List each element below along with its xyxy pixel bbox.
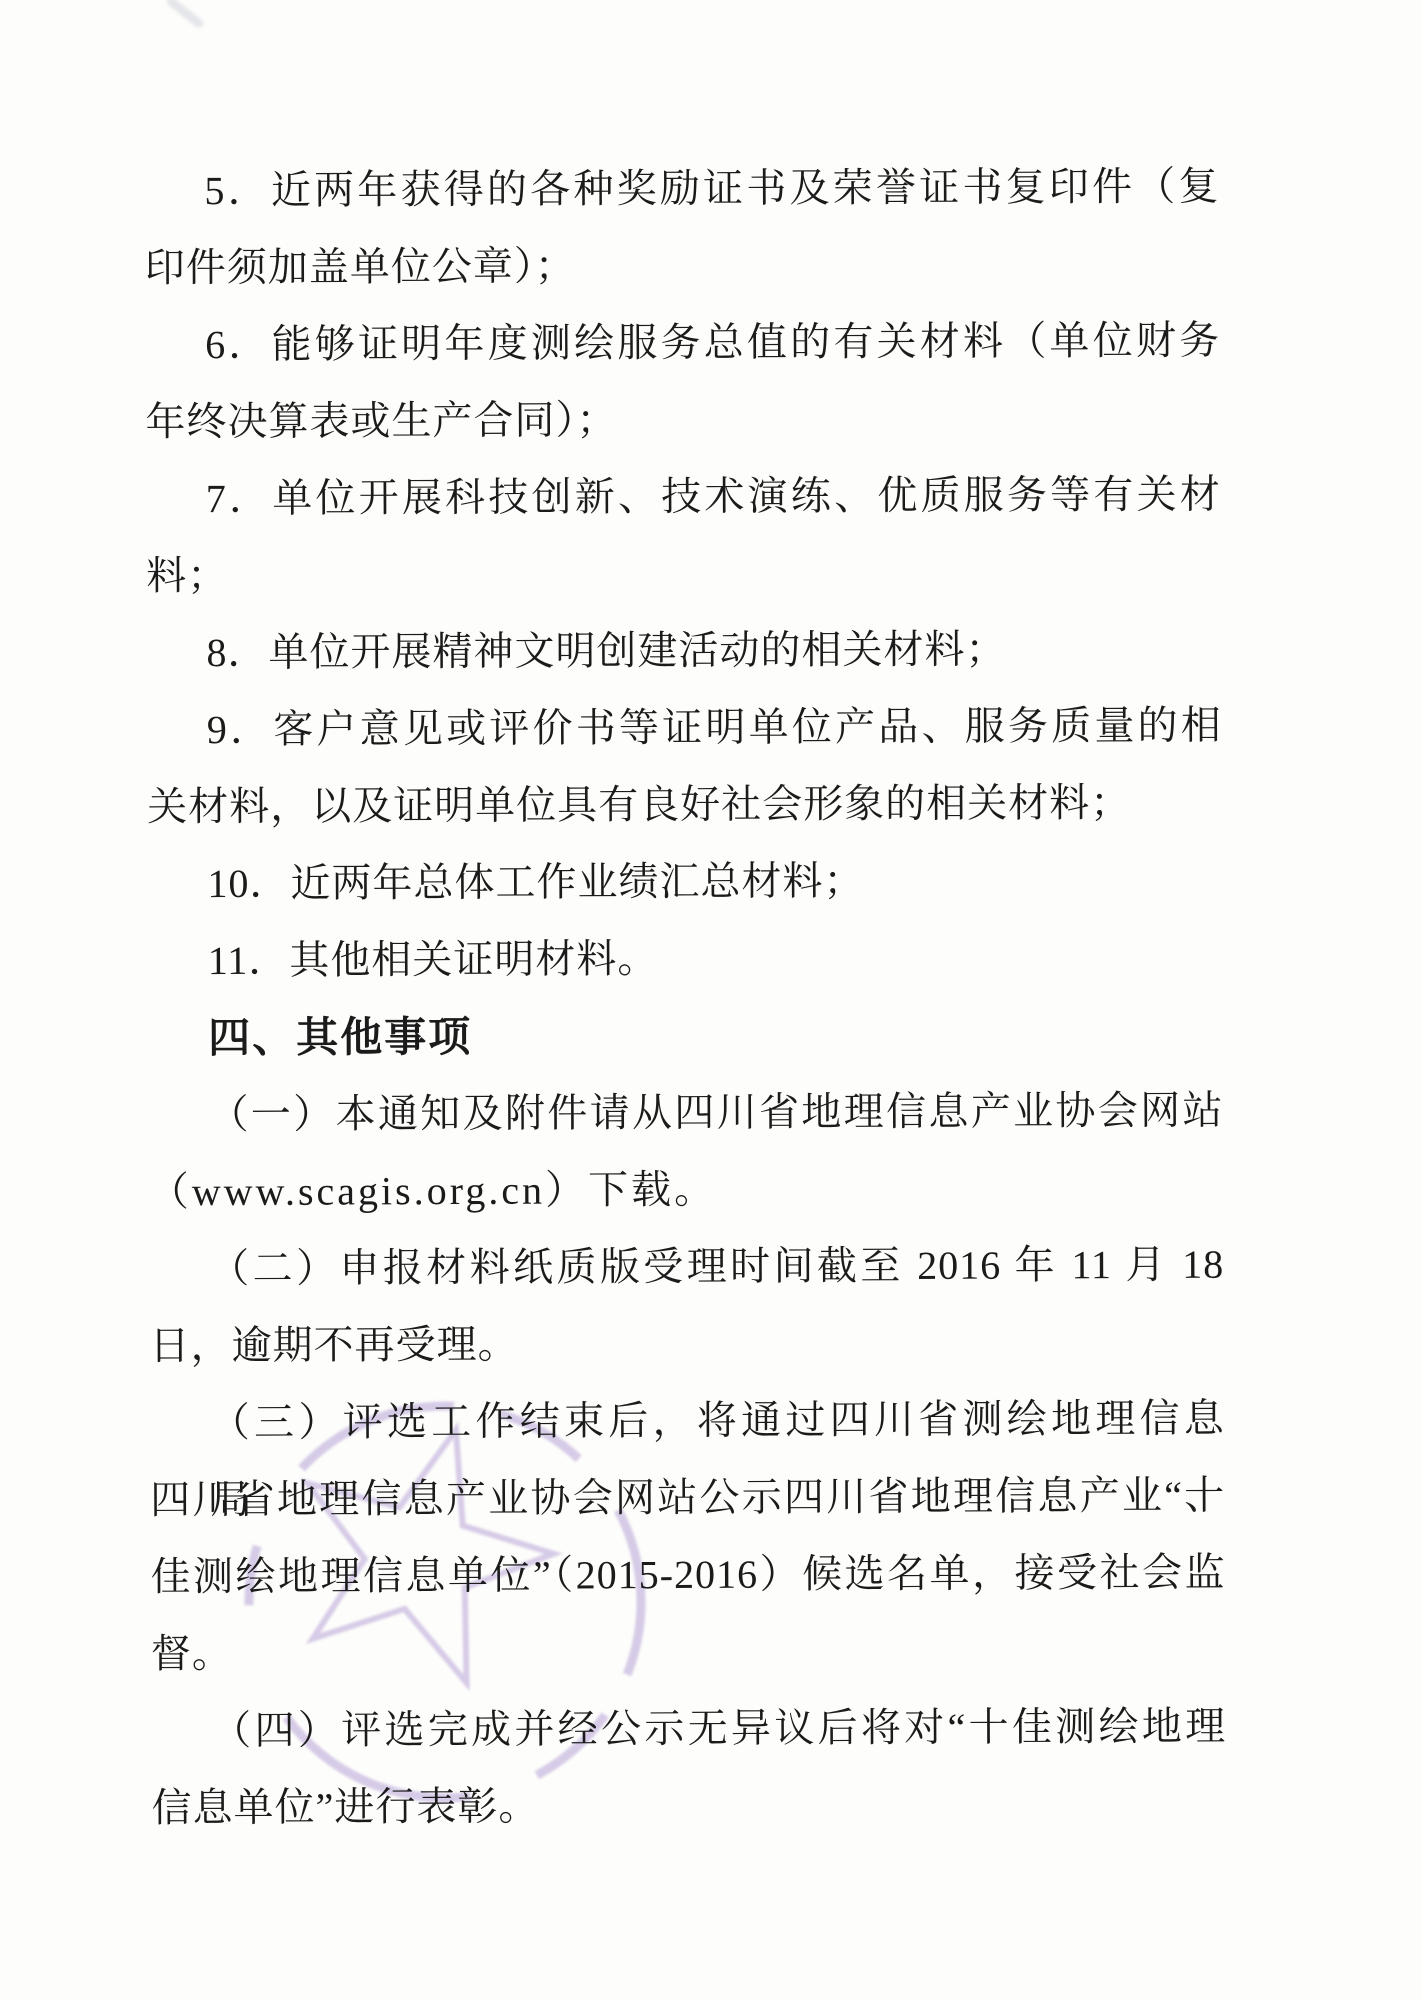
document-line: 关材料，以及证明单位具有良好社会形象的相关材料；: [147, 764, 1222, 846]
document-line: （二）申报材料纸质版受理时间截至 2016 年 11 月 18: [149, 1226, 1224, 1308]
document-line: 10．近两年总体工作业绩汇总材料；: [147, 841, 1222, 923]
document-line: 6．能够证明年度测绘服务总值的有关材料（单位财务: [145, 302, 1220, 384]
scan-smudge: [165, 0, 205, 30]
document-line: （三）评选工作结束后，将通过四川省测绘地理信息局、: [150, 1380, 1225, 1462]
document-line: 督。: [151, 1611, 1226, 1693]
document-line: 8．单位开展精神文明创建活动的相关材料；: [146, 610, 1221, 692]
document-body: 5．近两年获得的各种奖励证书及荣誉证书复印件（复 印件须加盖单位公章）； 6．能…: [144, 148, 1226, 1847]
document-line: 印件须加盖单位公章）；: [145, 225, 1220, 307]
document-line: 7．单位开展科技创新、技术演练、优质服务等有关材: [146, 456, 1221, 538]
document-line: 年终决算表或生产合同）；: [145, 379, 1220, 461]
scanned-document-page: 5．近两年获得的各种奖励证书及荣誉证书复印件（复 印件须加盖单位公章）； 6．能…: [0, 0, 1422, 2000]
document-line: 料；: [146, 533, 1221, 615]
document-line: 9．客户意见或评价书等证明单位产品、服务质量的相: [147, 687, 1222, 769]
document-line-url: （www.scagis.org.cn）下载。: [149, 1149, 1224, 1231]
section-heading: 四、其他事项: [148, 995, 1223, 1077]
document-line: 11．其他相关证明材料。: [148, 918, 1223, 1000]
document-line: 佳测绘地理信息单位”（2015-2016）候选名单，接受社会监: [150, 1534, 1225, 1616]
document-line: 日，逾期不再受理。: [149, 1303, 1224, 1385]
document-line: （一）本通知及附件请从四川省地理信息产业协会网站: [148, 1072, 1223, 1154]
document-line: （四）评选完成并经公示无异议后将对“十佳测绘地理: [151, 1688, 1226, 1770]
document-line: 5．近两年获得的各种奖励证书及荣誉证书复印件（复: [144, 148, 1219, 230]
document-line: 四川省地理信息产业协会网站公示四川省地理信息产业“十: [150, 1457, 1225, 1539]
document-line: 信息单位”进行表彰。: [151, 1765, 1226, 1847]
